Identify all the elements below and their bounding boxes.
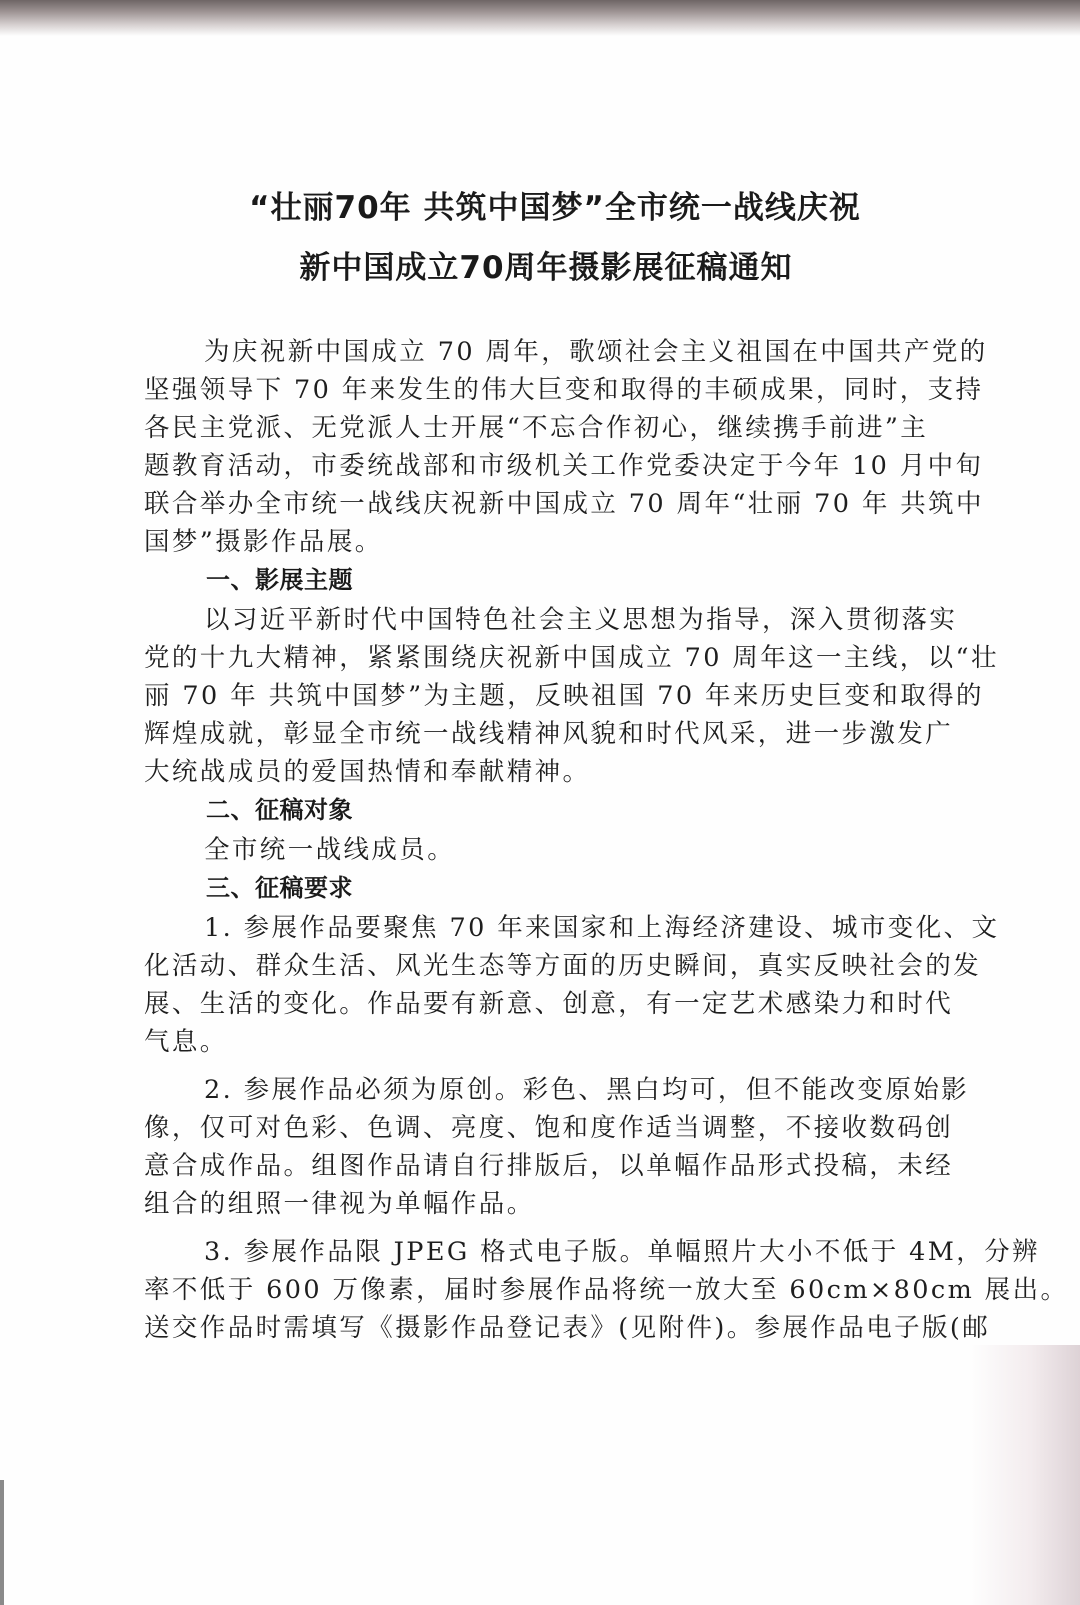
paragraph-line: 率不低于 600 万像素，届时参展作品将统一放大至 60cm×80cm 展出。 xyxy=(144,1271,984,1309)
document-title-line-1: “壮丽70年 共筑中国梦”全市统一战线庆祝 xyxy=(30,182,1080,227)
paragraph-line: 1. 参展作品要聚焦 70 年来国家和上海经济建设、城市变化、文 xyxy=(144,909,984,947)
document-page: “壮丽70年 共筑中国梦”全市统一战线庆祝 新中国成立70周年摄影展征稿通知 为… xyxy=(0,0,1080,1605)
paragraph-gap xyxy=(144,1223,984,1233)
document-title-line-2: 新中国成立70周年摄影展征稿通知 xyxy=(6,242,1080,287)
requirement-item-3: 3. 参展作品限 JPEG 格式电子版。单幅照片大小不低于 4M，分辨 率不低于… xyxy=(144,1233,984,1347)
paragraph-line: 意合成作品。组图作品请自行排版后，以单幅作品形式投稿，未经 xyxy=(144,1147,984,1185)
paragraph-line: 丽 70 年 共筑中国梦”为主题，反映祖国 70 年来历史巨变和取得的 xyxy=(144,677,984,715)
paragraph-line: 2. 参展作品必须为原创。彩色、黑白均可，但不能改变原始影 xyxy=(144,1071,984,1109)
paragraph-line: 为庆祝新中国成立 70 周年，歌颂社会主义祖国在中国共产党的 xyxy=(144,333,984,371)
intro-paragraph: 为庆祝新中国成立 70 周年，歌颂社会主义祖国在中国共产党的 坚强领导下 70 … xyxy=(144,333,984,561)
paragraph-line: 题教育活动，市委统战部和市级机关工作党委决定于今年 10 月中旬 xyxy=(144,447,984,485)
paragraph-line: 气息。 xyxy=(144,1023,984,1061)
paragraph-line: 辉煌成就，彰显全市统一战线精神风貌和时代风采，进一步激发广 xyxy=(144,715,984,753)
paragraph-line: 各民主党派、无党派人士开展“不忘合作初心，继续携手前进”主 xyxy=(144,409,984,447)
paragraph-line: 全市统一战线成员。 xyxy=(144,831,984,869)
paragraph-line: 3. 参展作品限 JPEG 格式电子版。单幅照片大小不低于 4M，分辨 xyxy=(144,1233,984,1271)
section-audience: 二、征稿对象 全市统一战线成员。 xyxy=(144,791,984,869)
section-heading: 三、征稿要求 xyxy=(144,869,984,909)
section-theme: 一、影展主题 以习近平新时代中国特色社会主义思想为指导，深入贯彻落实 党的十九大… xyxy=(144,561,984,791)
paragraph-line: 联合举办全市统一战线庆祝新中国成立 70 周年“壮丽 70 年 共筑中 xyxy=(144,485,984,523)
section-heading: 一、影展主题 xyxy=(144,561,984,601)
paragraph-line: 党的十九大精神，紧紧围绕庆祝新中国成立 70 周年这一主线，以“壮 xyxy=(144,639,984,677)
paragraph-line: 像，仅可对色彩、色调、亮度、饱和度作适当调整，不接收数码创 xyxy=(144,1109,984,1147)
section-heading: 二、征稿对象 xyxy=(144,791,984,831)
requirement-item-2: 2. 参展作品必须为原创。彩色、黑白均可，但不能改变原始影 像，仅可对色彩、色调… xyxy=(144,1071,984,1223)
paragraph-line: 展、生活的变化。作品要有新意、创意，有一定艺术感染力和时代 xyxy=(144,985,984,1023)
section-requirements: 三、征稿要求 1. 参展作品要聚焦 70 年来国家和上海经济建设、城市变化、文 … xyxy=(144,869,984,1347)
paragraph-line: 化活动、群众生活、风光生态等方面的历史瞬间，真实反映社会的发 xyxy=(144,947,984,985)
paragraph-line: 以习近平新时代中国特色社会主义思想为指导，深入贯彻落实 xyxy=(144,601,984,639)
paragraph-line: 大统战成员的爱国热情和奉献精神。 xyxy=(144,753,984,791)
paragraph-line: 坚强领导下 70 年来发生的伟大巨变和取得的丰硕成果，同时，支持 xyxy=(144,371,984,409)
paragraph-line: 国梦”摄影作品展。 xyxy=(144,523,984,561)
paragraph-line: 送交作品时需填写《摄影作品登记表》(见附件)。参展作品电子版(邮 xyxy=(144,1309,984,1347)
paragraph-line: 组合的组照一律视为单幅作品。 xyxy=(144,1185,984,1223)
requirement-item-1: 1. 参展作品要聚焦 70 年来国家和上海经济建设、城市变化、文 化活动、群众生… xyxy=(144,909,984,1061)
document-body: 为庆祝新中国成立 70 周年，歌颂社会主义祖国在中国共产党的 坚强领导下 70 … xyxy=(144,333,984,1347)
paragraph-gap xyxy=(144,1061,984,1071)
